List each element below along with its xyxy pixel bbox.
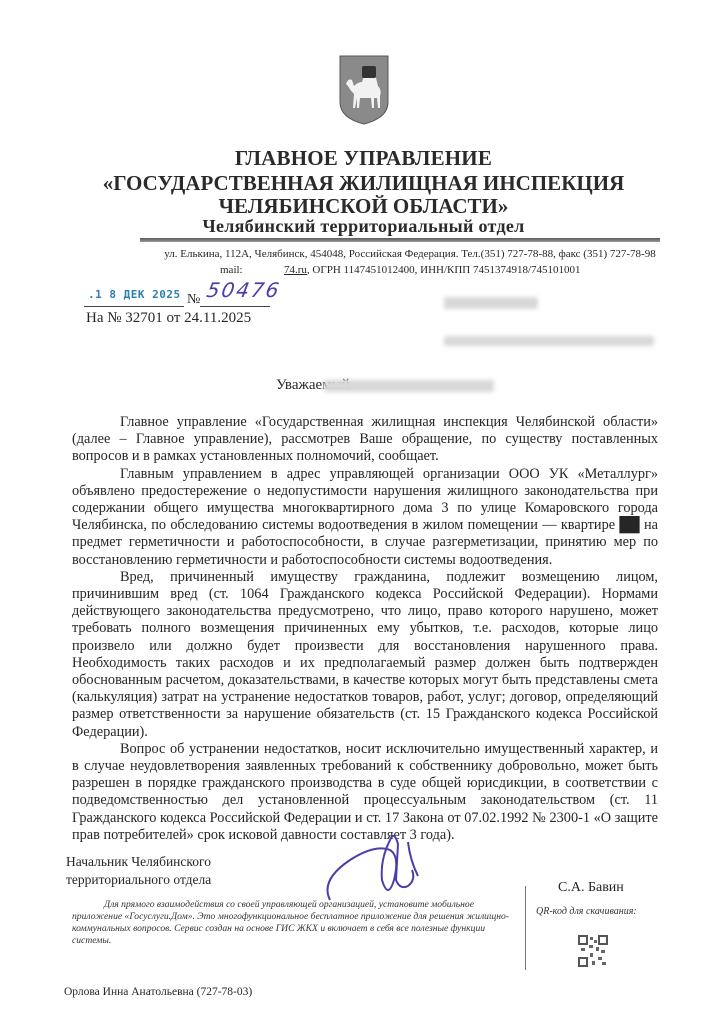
mail-link[interactable]: 74.ru	[284, 264, 307, 276]
reference-number: На № 32701 от 24.11.2025	[86, 310, 251, 327]
org-address: ул. Елькина, 112А, Челябинск, 454048, Ро…	[150, 248, 670, 260]
header-divider	[140, 238, 660, 242]
gosuslugi-dom-note: Для прямого взаимодействия со своей упра…	[72, 899, 512, 947]
qr-code-icon[interactable]	[578, 935, 608, 967]
number-underline	[200, 306, 270, 307]
date-underline	[84, 306, 184, 307]
org-title-line1: ГЛАВНОЕ УПРАВЛЕНИЕ	[0, 146, 727, 171]
handwritten-signature-icon	[290, 820, 450, 910]
footer-divider	[525, 886, 526, 970]
department-title: Челябинский территориальный отдел	[0, 216, 727, 237]
camel-coat-of-arms-icon	[336, 52, 392, 126]
greeting-name-redacted	[324, 380, 494, 392]
number-label: №	[187, 292, 200, 308]
paragraph: Главное управление «Государственная жили…	[72, 414, 658, 466]
signatory-name: С.А. Бавин	[558, 880, 624, 896]
recipient-address-redacted	[444, 336, 654, 346]
paragraph: Вред, причиненный имуществу гражданина, …	[72, 569, 658, 741]
signatory-title-line1: Начальник Челябинского	[66, 853, 211, 871]
paragraph: Главным управлением в адрес управляющей …	[72, 466, 658, 569]
qr-label: QR-код для скачивания:	[536, 906, 637, 917]
mail-label: mail:	[220, 264, 243, 276]
signatory-title-line2: территориального отдела	[66, 871, 211, 889]
note-text: Для прямого взаимодействия со своей упра…	[72, 899, 512, 947]
signatory-title: Начальник Челябинского территориального …	[66, 853, 211, 889]
received-date-stamp: .1 8 ДЕК 2025	[88, 288, 181, 301]
outgoing-number-handwritten: 50476	[205, 278, 283, 302]
executor-contact: Орлова Инна Анатольевна (727-78-03)	[64, 986, 252, 998]
org-title-line2: «ГОСУДАРСТВЕННАЯ ЖИЛИЩНАЯ ИНСПЕКЦИЯ	[0, 171, 727, 196]
registry-info: , ОГРН 1147451012400, ИНН/КПП 7451374918…	[307, 264, 581, 276]
recipient-name-redacted	[444, 297, 538, 309]
letter-body: Главное управление «Государственная жили…	[72, 414, 658, 844]
